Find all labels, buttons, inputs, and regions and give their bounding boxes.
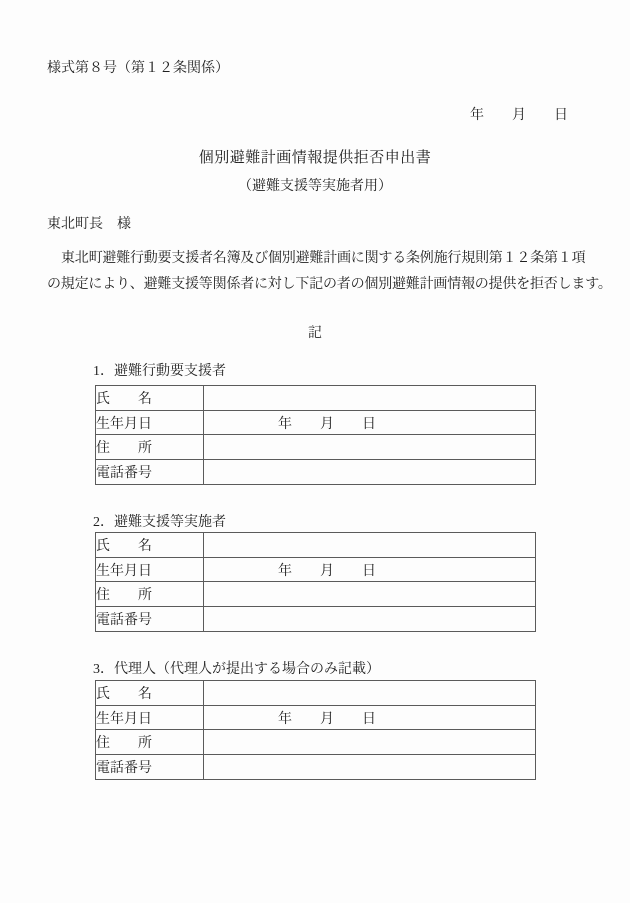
date-line: 年 月 日	[470, 104, 568, 124]
birthdate-value-cell: 年 月 日	[204, 410, 536, 435]
name-value-cell	[204, 386, 536, 411]
agent-table: 氏 名 生年月日 年 月 日 住 所 電話番号	[95, 680, 536, 780]
address-label: 住 所	[96, 582, 204, 607]
name-label: 氏 名	[96, 533, 204, 558]
document-subtitle: （避難支援等実施者用）	[0, 175, 630, 195]
name-label: 氏 名	[96, 386, 204, 411]
table-row-phone: 電話番号	[96, 755, 536, 780]
table-row-birthdate: 生年月日 年 月 日	[96, 705, 536, 730]
phone-label: 電話番号	[96, 755, 204, 780]
name-label: 氏 名	[96, 681, 204, 706]
body-paragraph-line: の規定により、避難支援等関係者に対し下記の者の個別避難計画情報の提供を拒否します…	[47, 272, 589, 298]
table-row-name: 氏 名	[96, 681, 536, 706]
table-row-birthdate: 生年月日 年 月 日	[96, 557, 536, 582]
name-value-cell	[204, 681, 536, 706]
supporter-table: 氏 名 生年月日 年 月 日 住 所 電話番号	[95, 532, 536, 632]
addressee-line: 東北町長 様	[47, 213, 131, 233]
table-row-phone: 電話番号	[96, 460, 536, 485]
table-row-name: 氏 名	[96, 533, 536, 558]
phone-value-cell	[204, 755, 536, 780]
document-title: 個別避難計画情報提供拒否申出書	[0, 146, 630, 167]
table-row-phone: 電話番号	[96, 607, 536, 632]
body-paragraph-line: 東北町避難行動要支援者名簿及び個別避難計画に関する条例施行規則第１２条第１項	[47, 246, 589, 272]
address-label: 住 所	[96, 730, 204, 755]
section-heading-supportee: 1．避難行動要支援者	[93, 360, 226, 380]
ki-separator-label: 記	[0, 322, 630, 342]
section-heading-supporter: 2．避難支援等実施者	[93, 511, 226, 531]
birthdate-label: 生年月日	[96, 705, 204, 730]
birthdate-value-cell: 年 月 日	[204, 705, 536, 730]
address-value-cell	[204, 730, 536, 755]
phone-value-cell	[204, 607, 536, 632]
phone-value-cell	[204, 460, 536, 485]
table-row-name: 氏 名	[96, 386, 536, 411]
form-number: 様式第８号（第１２条関係）	[47, 57, 229, 77]
document-page: 様式第８号（第１２条関係） 年 月 日 個別避難計画情報提供拒否申出書 （避難支…	[0, 0, 630, 903]
table-row-address: 住 所	[96, 730, 536, 755]
address-value-cell	[204, 582, 536, 607]
table-row-address: 住 所	[96, 435, 536, 460]
table-row-address: 住 所	[96, 582, 536, 607]
body-paragraph: 東北町避難行動要支援者名簿及び個別避難計画に関する条例施行規則第１２条第１項 の…	[47, 246, 589, 297]
phone-label: 電話番号	[96, 607, 204, 632]
birthdate-value-cell: 年 月 日	[204, 557, 536, 582]
birthdate-label: 生年月日	[96, 410, 204, 435]
table-row-birthdate: 生年月日 年 月 日	[96, 410, 536, 435]
supportee-table: 氏 名 生年月日 年 月 日 住 所 電話番号	[95, 385, 536, 485]
address-label: 住 所	[96, 435, 204, 460]
name-value-cell	[204, 533, 536, 558]
section-heading-agent: 3．代理人（代理人が提出する場合のみ記載）	[93, 658, 380, 678]
address-value-cell	[204, 435, 536, 460]
phone-label: 電話番号	[96, 460, 204, 485]
birthdate-label: 生年月日	[96, 557, 204, 582]
